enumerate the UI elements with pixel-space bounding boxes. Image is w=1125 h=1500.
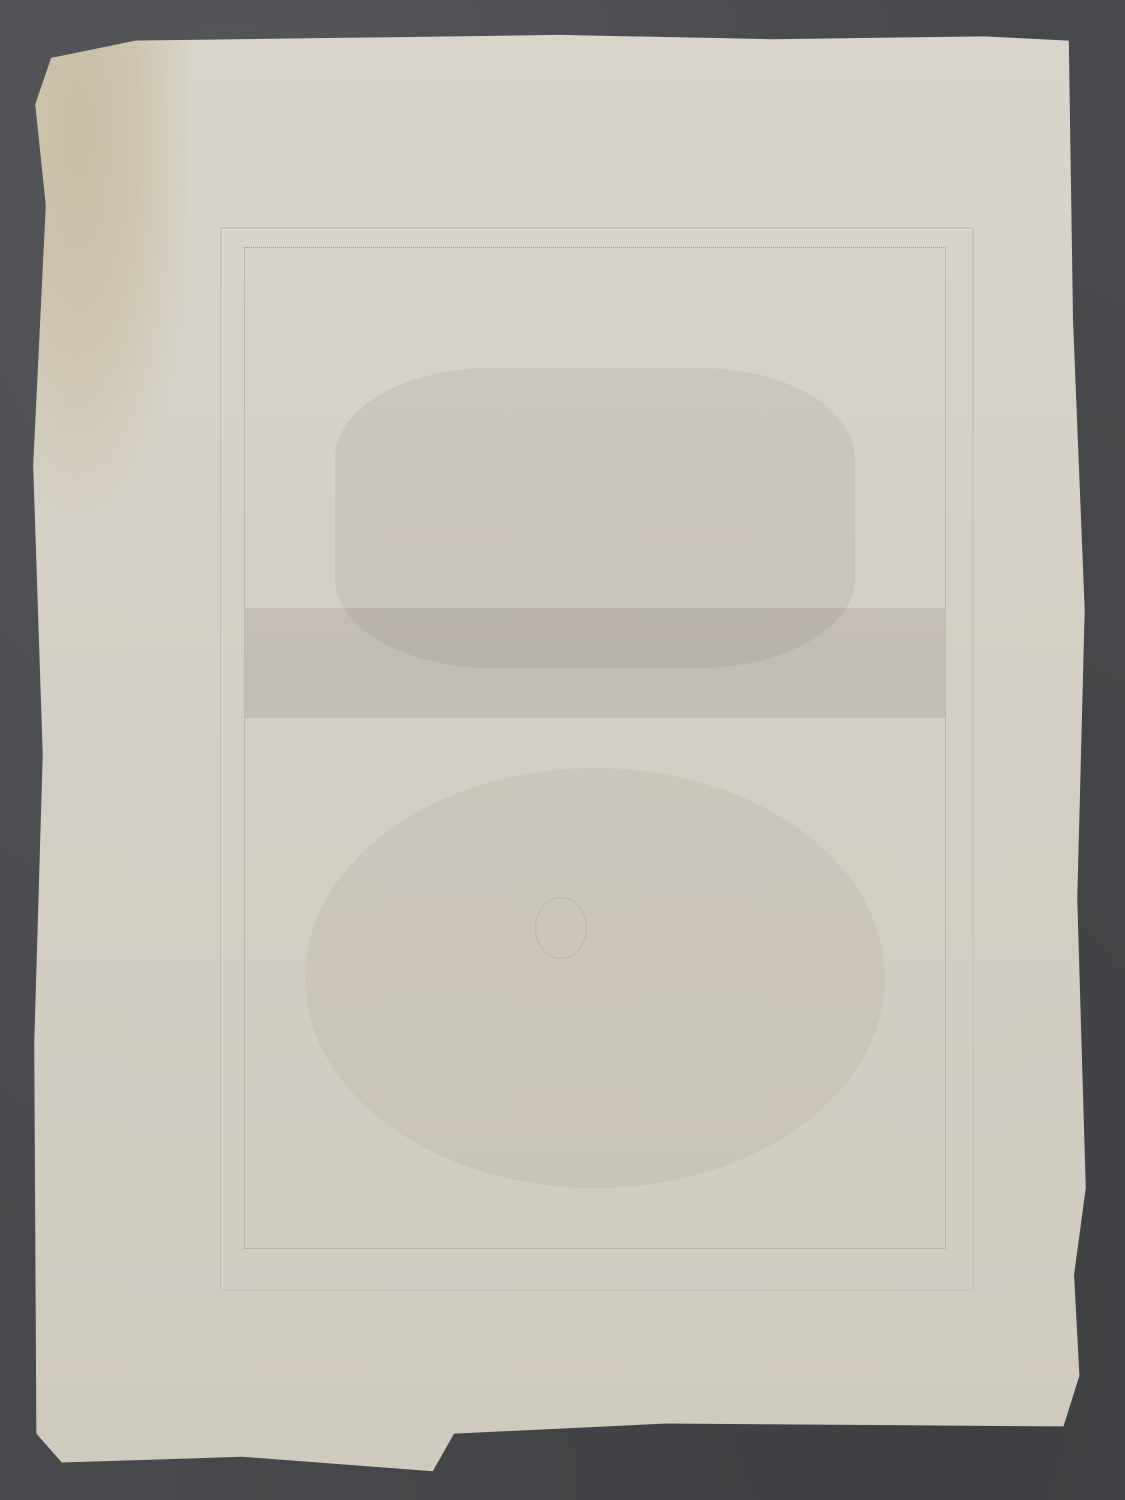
paper-sheet [30,32,1090,1477]
corner-stain [30,32,190,512]
show-through-band [245,608,945,718]
show-through-lower [305,768,885,1188]
circular-mark [535,897,587,959]
engraving-show-through [244,247,946,1249]
